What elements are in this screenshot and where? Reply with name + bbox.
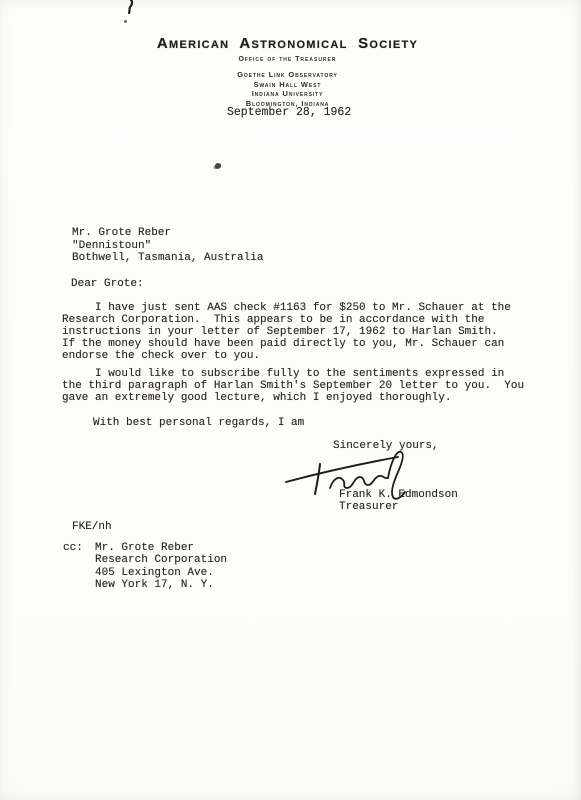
cc-recipients: Mr. Grote Reber Research Corporation 405…	[95, 542, 227, 592]
ink-mark-icon	[124, 0, 138, 16]
signer-name: Frank K. Edmondson	[339, 489, 458, 501]
signer-title: Treasurer	[339, 501, 398, 513]
body-paragraph-1: I have just sent AAS check #1163 for $25…	[62, 302, 511, 362]
ink-dot-mark	[124, 20, 127, 23]
smudge-mark	[214, 162, 222, 170]
letterhead-address-line: Goethe Link Observatory	[0, 70, 575, 80]
cc-label: cc:	[63, 542, 83, 554]
body-paragraph-3: With best personal regards, I am	[60, 417, 304, 429]
salutation: Dear Grote:	[71, 278, 144, 290]
letterhead-address-line: Swain Hall West	[0, 80, 575, 90]
letter-page: American Astronomical Society Office of …	[0, 0, 581, 800]
letterhead-address-line: Indiana University	[0, 89, 575, 99]
date-line: September 28, 1962	[227, 107, 351, 119]
recipient-address: Mr. Grote Reber "Dennistoun" Bothwell, T…	[72, 227, 263, 265]
org-name: American Astronomical Society	[0, 35, 575, 52]
office-line: Office of the Treasurer	[0, 56, 575, 63]
body-paragraph-2: I would like to subscribe fully to the s…	[62, 368, 524, 404]
letterhead-address: Goethe Link Observatory Swain Hall West …	[0, 70, 575, 108]
letterhead: American Astronomical Society Office of …	[0, 35, 575, 108]
typist-initials: FKE/nh	[72, 521, 112, 533]
